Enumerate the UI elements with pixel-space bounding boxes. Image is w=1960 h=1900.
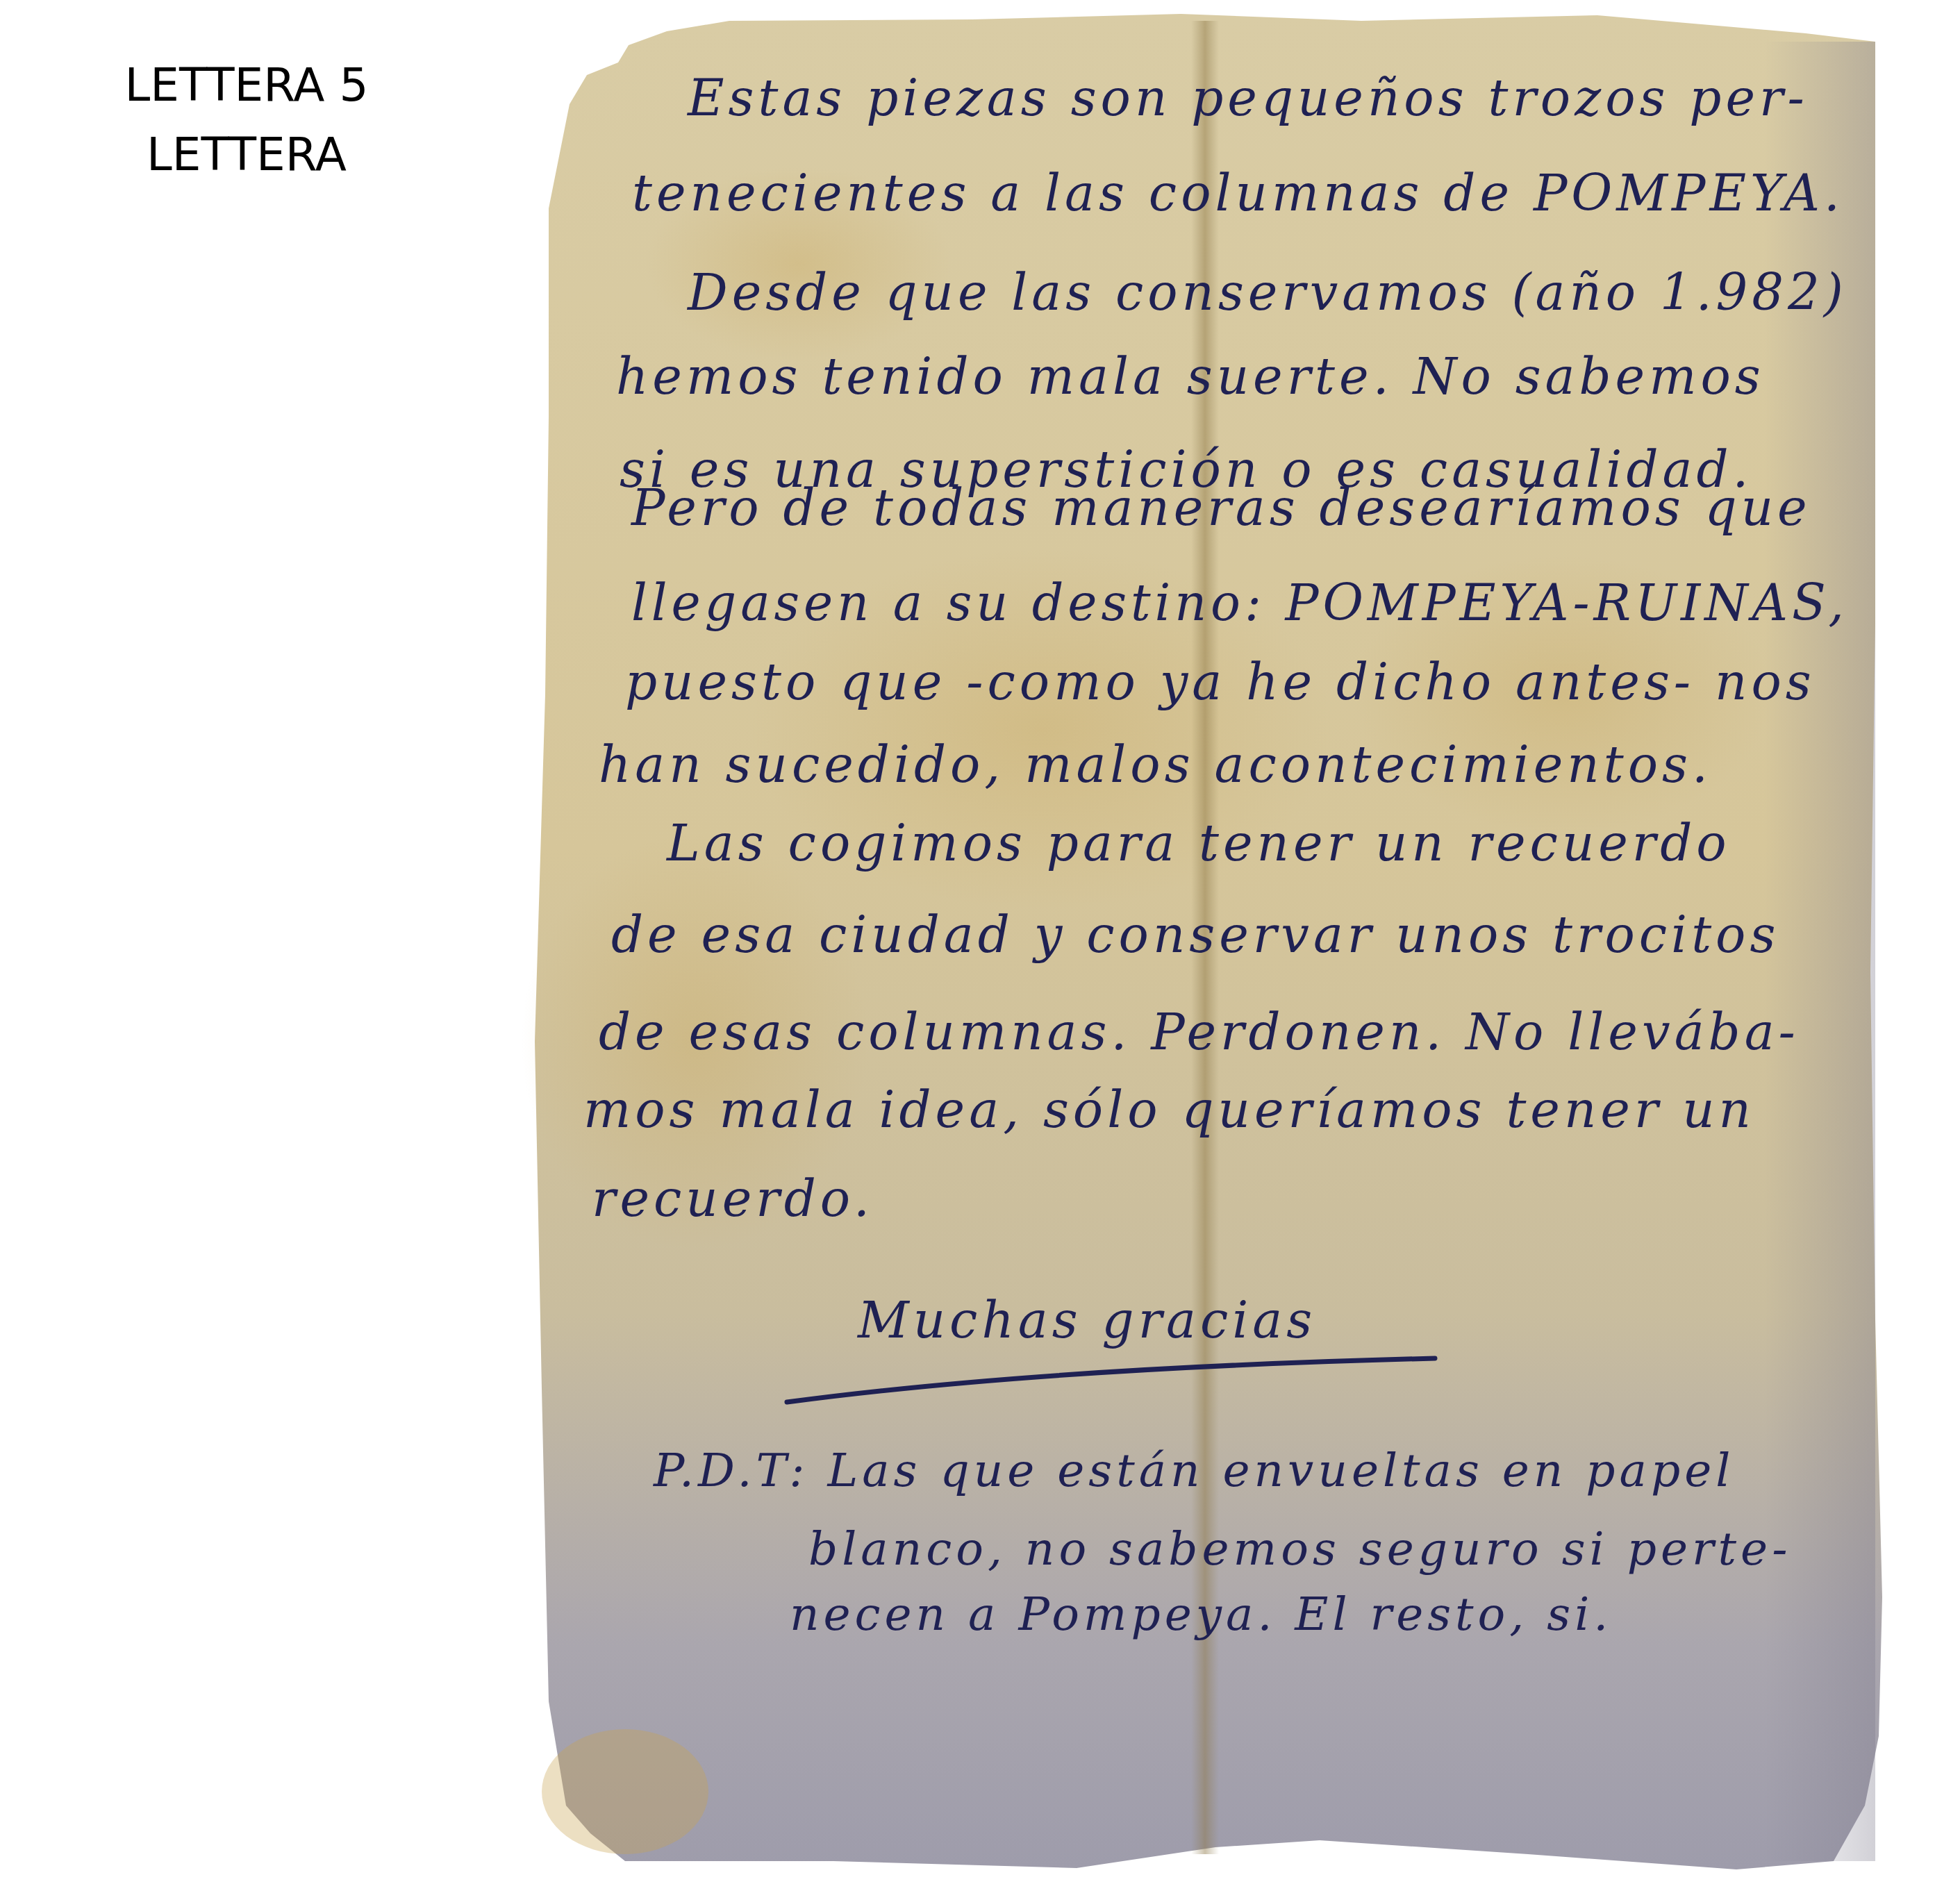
postscript-line-1: P.D.T: Las que están envueltas en papel bbox=[654, 1448, 1734, 1494]
letter-line-3: Desde que las conservamos (año 1.982) bbox=[688, 267, 1847, 317]
letter-line-12: de esas columnas. Perdonen. No llevába- bbox=[599, 1007, 1800, 1057]
letter-line-4: hemos tenido mala suerte. No sabemos bbox=[616, 351, 1765, 401]
letter-line-2: tenecientes a las columnas de POMPEYA. bbox=[632, 168, 1844, 218]
letter-line-13: mos mala idea, sólo queríamos tener un bbox=[583, 1085, 1755, 1135]
letter-line-10: Las cogimos para tener un recuerdo bbox=[667, 818, 1731, 868]
letter-line-11: de esa ciudad y conservar unos trocitos bbox=[611, 910, 1779, 960]
postscript-line-2: blanco, no sabemos seguro si perte- bbox=[808, 1526, 1791, 1572]
letter-line-1: Estas piezas son pequeños trozos per- bbox=[688, 73, 1809, 123]
postscript-line-3: necen a Pompeya. El resto, si. bbox=[790, 1592, 1612, 1637]
closing-signature: Muchas gracias bbox=[858, 1295, 1316, 1345]
letter-line-6: Pero de todas maneras desearíamos que bbox=[631, 483, 1811, 533]
letter-line-8: puesto que -como ya he dicho antes- nos bbox=[625, 657, 1816, 707]
letter-line-14: recuerdo. bbox=[592, 1174, 874, 1224]
letter-line-7: llegasen a su destino: POMPEYA-RUINAS, bbox=[631, 578, 1848, 628]
letter-paper: Estas piezas son pequeños trozos per- te… bbox=[0, 0, 1960, 1900]
letter-line-9: han sucedido, malos acontecimientos. bbox=[599, 740, 1712, 790]
